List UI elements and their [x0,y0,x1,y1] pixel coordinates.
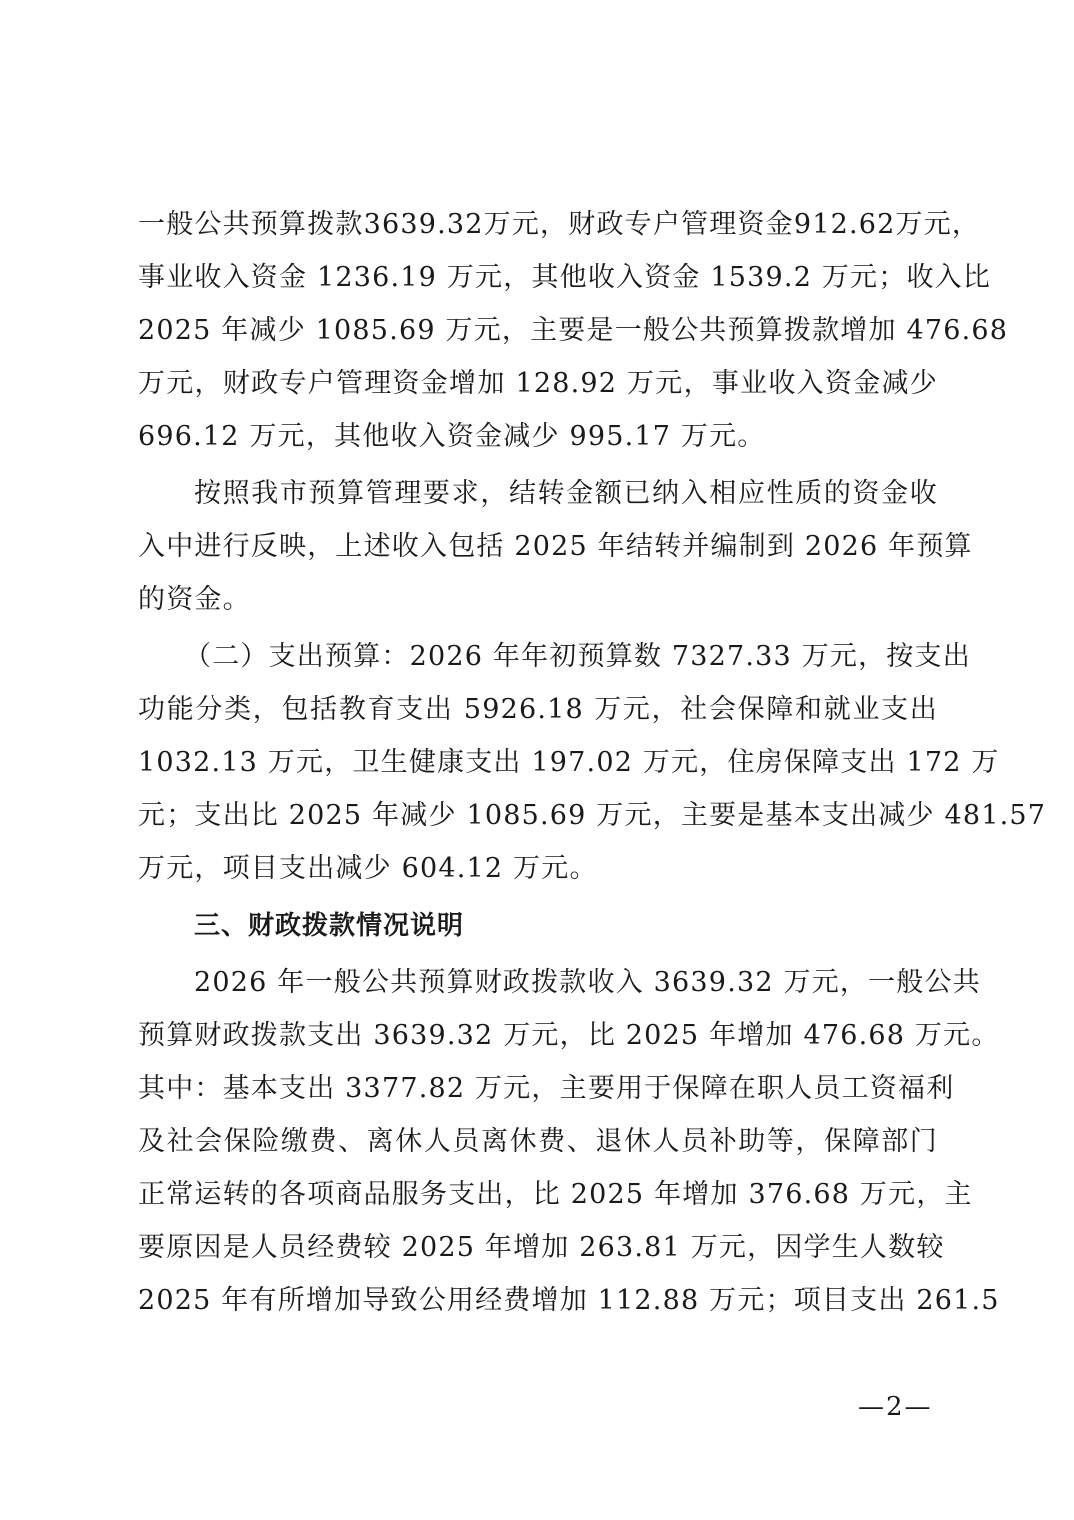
document-page: 一般公共预算拨款3639.32万元，财政专户管理资金912.62万元， 事业收入… [0,0,1074,1520]
section-heading-fiscal-appropriation: 三、财政拨款情况说明 [194,906,938,946]
text-line: 其中：基本支出 3377.82 万元，主要用于保障在职人员工资福利 [138,1069,938,1109]
text-line: 及社会保险缴费、离休人员离休费、退休人员补助等，保障部门 [138,1122,938,1162]
text-line: 2026 年一般公共预算财政拨款收入 3639.32 万元，一般公共 [194,963,938,1003]
text-line: 预算财政拨款支出 3639.32 万元，比 2025 年增加 476.68 万元… [138,1016,938,1056]
text-line: 入中进行反映，上述收入包括 2025 年结转并编制到 2026 年预算 [138,527,938,567]
text-line: 按照我市预算管理要求，结转金额已纳入相应性质的资金收 [194,474,938,514]
text-line: 万元，项目支出减少 604.12 万元。 [138,849,938,889]
text-line: 2025 年有所增加导致公用经费增加 112.88 万元；项目支出 261.5 [138,1281,938,1321]
text-line: 万元，财政专户管理资金增加 128.92 万元，事业收入资金减少 [138,364,938,404]
text-line: 696.12 万元，其他收入资金减少 995.17 万元。 [138,417,938,457]
text-line: 2025 年减少 1085.69 万元，主要是一般公共预算拨款增加 476.68 [138,311,938,351]
text-line: 功能分类，包括教育支出 5926.18 万元，社会保障和就业支出 [138,690,938,730]
text-line: 要原因是人员经费较 2025 年增加 263.81 万元，因学生人数较 [138,1228,938,1268]
text-line: 一般公共预算拨款3639.32万元，财政专户管理资金912.62万元， [138,205,938,245]
text-line: 正常运转的各项商品服务支出，比 2025 年增加 376.68 万元，主 [138,1175,938,1215]
text-line: 事业收入资金 1236.19 万元，其他收入资金 1539.2 万元；收入比 [138,258,938,298]
text-line: 的资金。 [138,580,938,620]
text-line: 元；支出比 2025 年减少 1085.69 万元，主要是基本支出减少 481.… [138,796,938,836]
page-number: —2— [858,1392,933,1422]
section-expenditure-budget: （二）支出预算：2026 年年初预算数 7327.33 万元，按支出 [184,637,938,677]
text-line: 1032.13 万元，卫生健康支出 197.02 万元，住房保障支出 172 万 [138,743,938,783]
